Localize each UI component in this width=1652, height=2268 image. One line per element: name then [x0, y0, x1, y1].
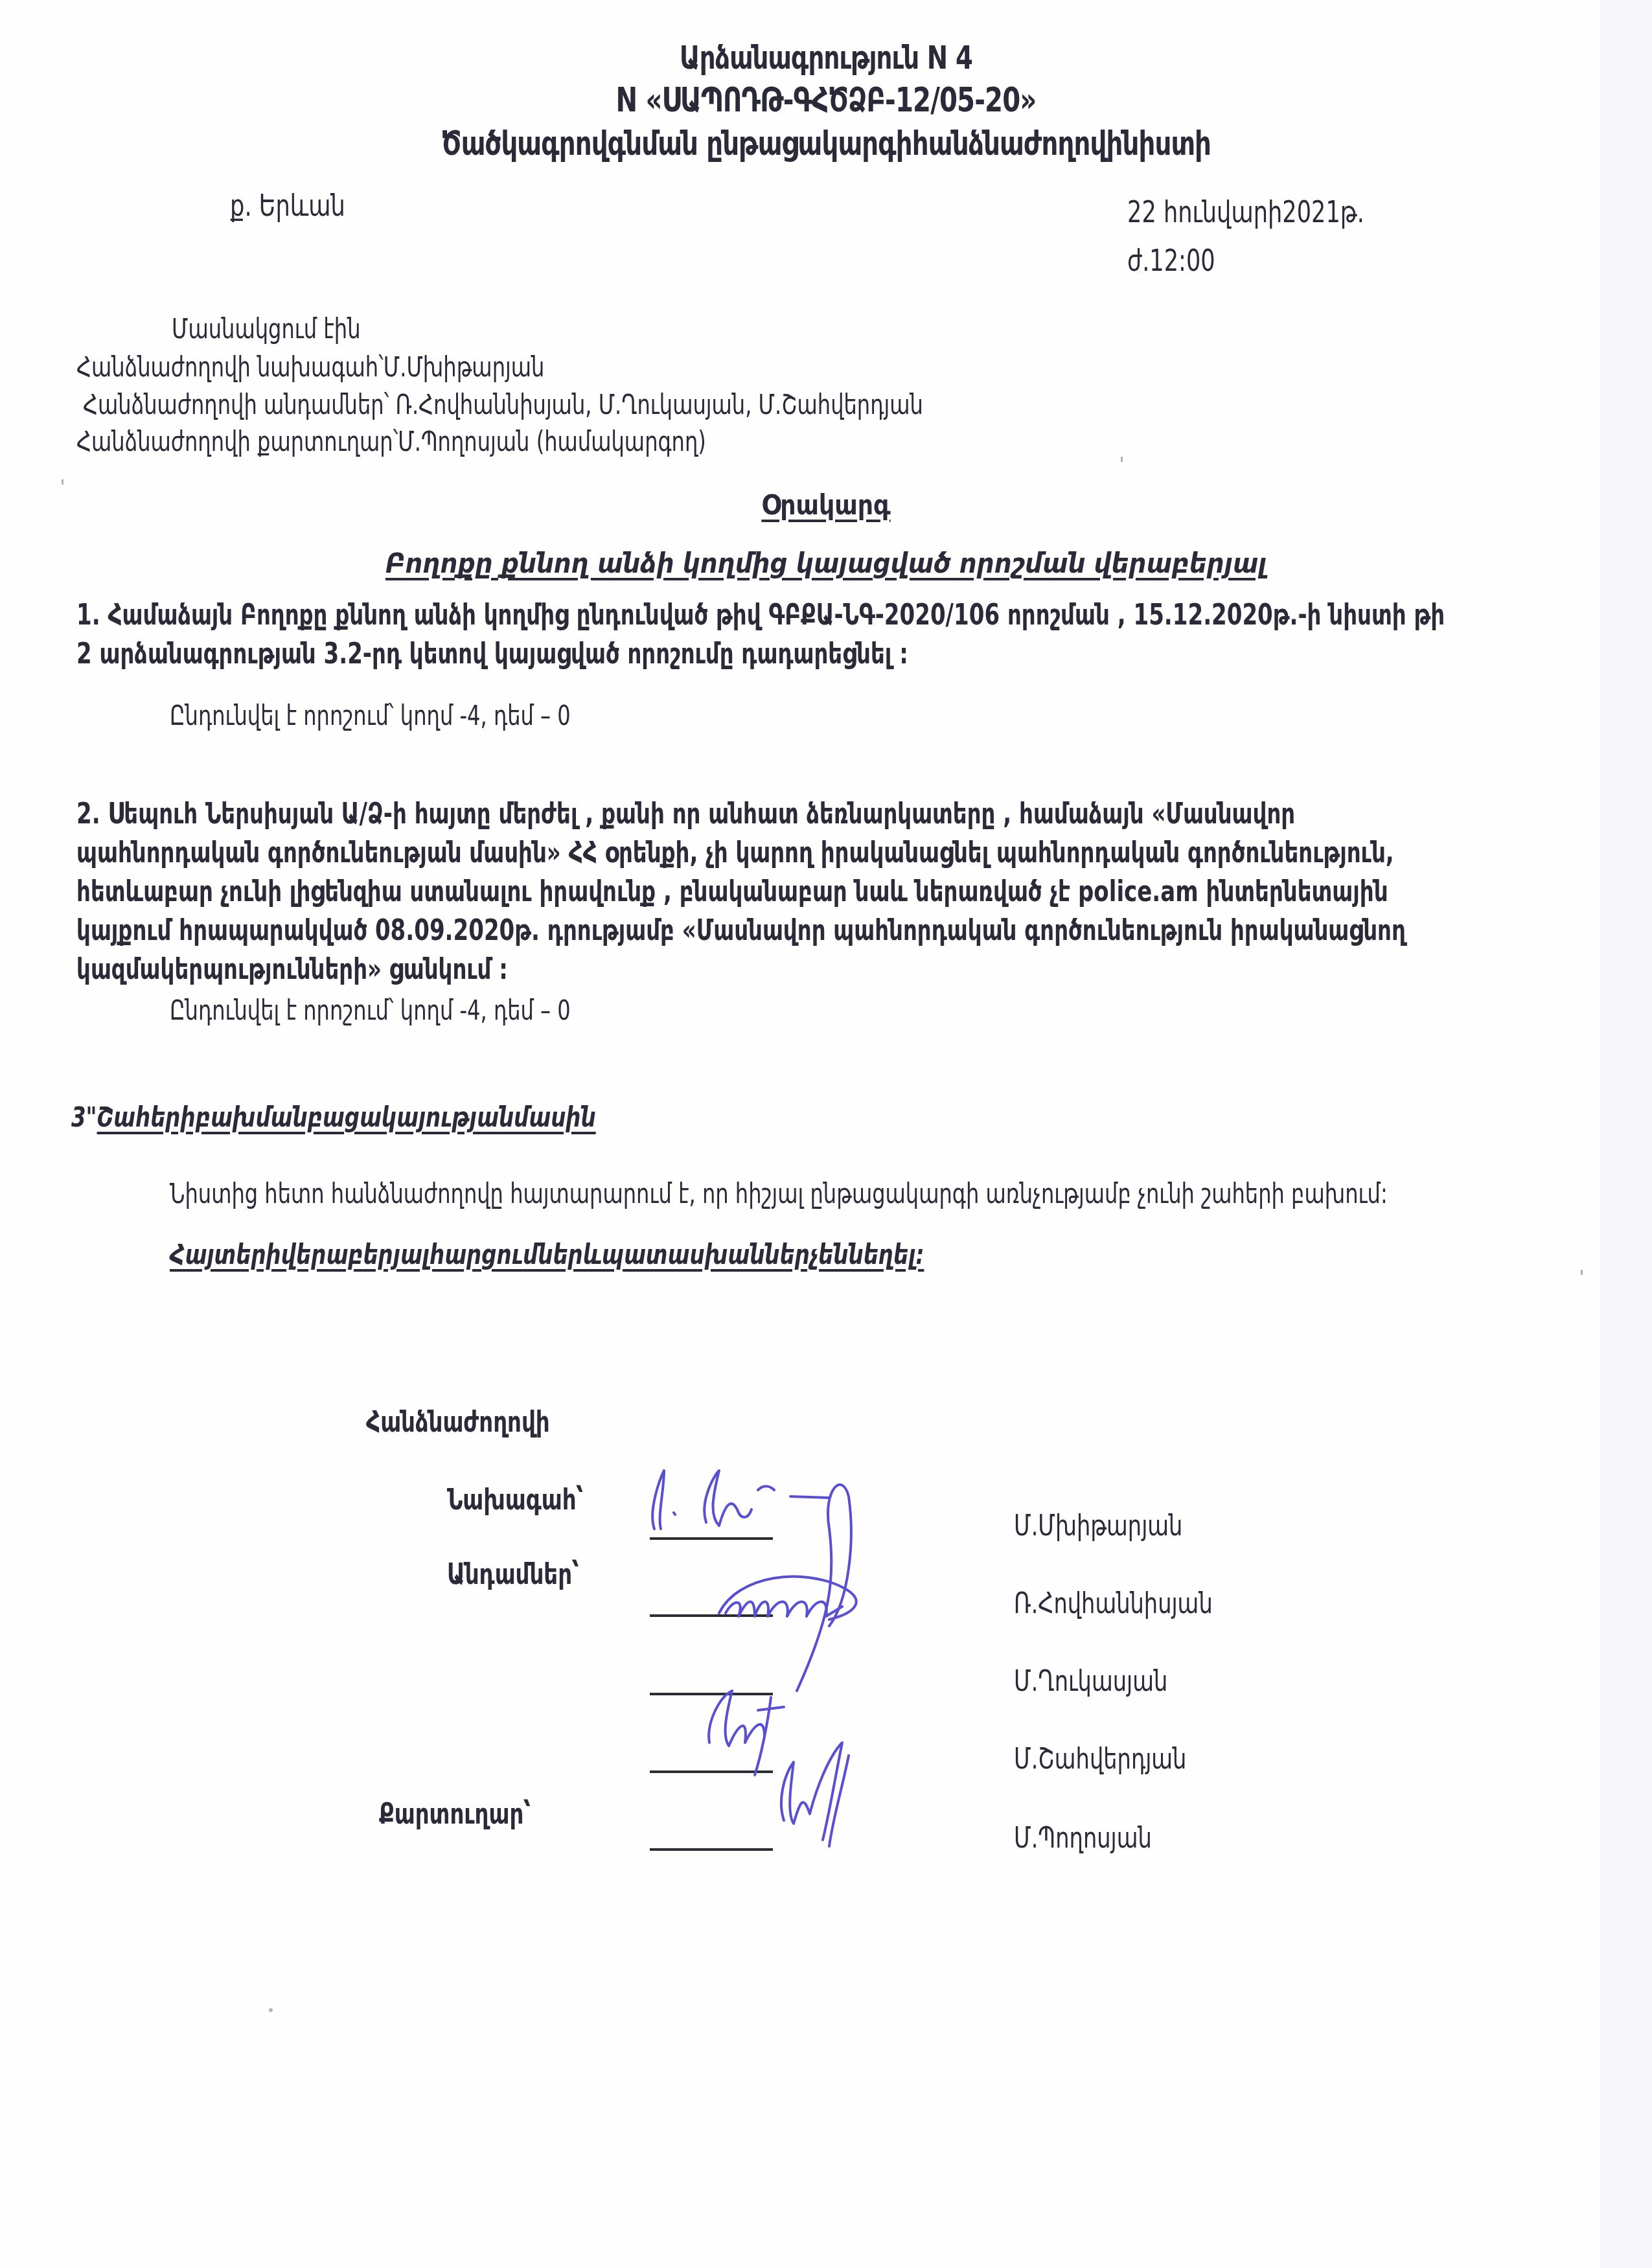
agenda-heading: Օրակարգ [0, 489, 1652, 521]
scan-speck [1121, 457, 1123, 462]
signer-member-1-name: Ռ.Հովհաննիսյան [1014, 1587, 1213, 1620]
participants-intro: Մասնակցում էին [172, 313, 361, 345]
secretary-label: Քարտուղար՝ [379, 1798, 531, 1831]
item-2-line-3: հետևաբար չունի լիցենզիա ստանալու իրավուն… [76, 873, 1388, 911]
meeting-time: ժ.12:00 [1127, 243, 1215, 278]
procurement-code: N «ՍԱՊՈԴԹ-ԳՀԾՁԲ-12/05-20» [116, 81, 1537, 120]
item-2-line-2: պահնորդական գործունեության մասին» ՀՀ օրե… [76, 834, 1394, 873]
signer-member-2-name: Մ.Ղուկասյան [1014, 1665, 1167, 1698]
conflict-statement: Նիստից հետո հանձնաժողովը հայտարարում է, … [170, 1178, 1388, 1209]
item-1-vote: Ընդունվել է որոշում՝ կողմ -4, դեմ – 0 [170, 700, 571, 731]
item-1-line-2: 2 արձանագրության 3.2-րդ կետով կայացված ո… [76, 635, 908, 674]
item-2-line-5: կազմակերպությունների» ցանկում : [76, 950, 508, 989]
scan-speck [1581, 1270, 1583, 1275]
scan-edge [1600, 0, 1652, 2268]
closing-statement: Հայտերիվերաբերյալհարցումներևպատասխաններչ… [170, 1239, 924, 1270]
committee-label: Հանձնաժողովի [366, 1406, 550, 1439]
scan-speck [62, 479, 63, 485]
city: ք. Երևան [230, 188, 345, 223]
section-number: 3" [71, 1101, 97, 1133]
signature-ink [652, 1471, 856, 1846]
document-subtitle: Ծածկագրովգնման ընթացակարգիհանձնաժողովինի… [116, 124, 1537, 163]
agenda-topic: Բողոքը քննող անձի կողմից կայացված որոշմա… [0, 547, 1652, 579]
participant-secretary: Հանձնաժողովի քարտուղար՝Մ.Պողոսյան (համակ… [76, 426, 706, 457]
handwritten-signatures [635, 1451, 1037, 1892]
scan-speck [269, 2008, 273, 2012]
item-2-vote: Ընդունվել է որոշում՝ կողմ -4, դեմ – 0 [170, 994, 571, 1026]
item-2-line-1: 2. Սեպուհ Ներսիսյան Ա/Ձ-ի հայտը մերժել ,… [76, 795, 1295, 834]
signer-chair-name: Մ.Մխիթարյան [1014, 1509, 1182, 1542]
signer-member-3-name: Մ.Շահվերդյան [1014, 1743, 1186, 1776]
participant-chair: Հանձնաժողովի նախագահ՝Մ.Մխիթարյան [76, 351, 544, 383]
item-1-line-1: 1. Համաձայն Բողոքը քննող անձի կողմից ընդ… [76, 596, 1445, 635]
members-label: Անդամներ՝ [447, 1558, 579, 1591]
participant-members: Հանձնաժողովի անդամներ՝ Ռ.Հովհաննիսյան, Մ… [83, 389, 923, 420]
meeting-date: 22 հունվարի2021թ. [1127, 194, 1364, 229]
protocol-title: Արձանագրություն N 4 [116, 39, 1537, 76]
chair-label: Նախագահ՝ [447, 1483, 583, 1517]
item-2-line-4: կայքում հրապարակված 08.09.2020թ. դրությա… [76, 911, 1406, 950]
conflict-section-heading: 3"Շահերիբախմանբացակայությանմասին [71, 1101, 596, 1133]
section-title: Շահերիբախմանբացակայությանմասին [97, 1101, 596, 1133]
